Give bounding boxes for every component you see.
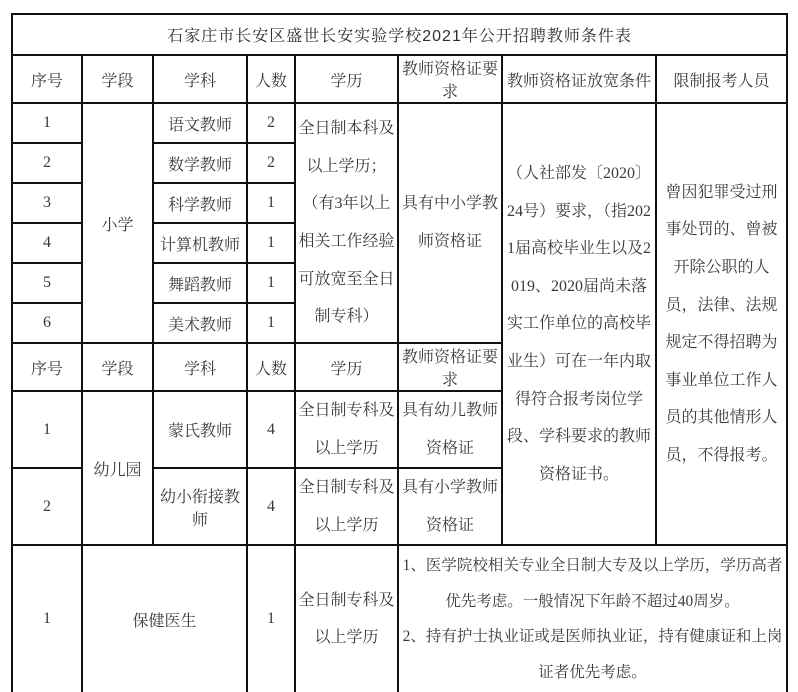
cert-requirement-cell-primary: 具有中小学教师资格证: [398, 103, 502, 343]
doctor-requirements-cell: 1、医学院校相关专业全日制大专及以上学历，学历高者优先考虑。一般情况下年龄不超过…: [398, 545, 787, 692]
count-cell: 1: [247, 223, 295, 263]
stage-cell-kindergarten: 幼儿园: [82, 391, 153, 545]
header-count: 人数: [247, 55, 295, 103]
header-education: 学历: [295, 55, 398, 103]
header-restriction: 限制报考人员: [656, 55, 787, 103]
header-cert-requirement: 教师资格证要求: [398, 343, 502, 391]
subject-cell: 舞蹈教师: [153, 263, 247, 303]
subject-cell: 幼小衔接教师: [153, 468, 247, 545]
cert-requirement-cell: 具有小学教师资格证: [398, 468, 502, 545]
seq-cell: 1: [12, 103, 82, 143]
seq-cell: 6: [12, 303, 82, 343]
header-row-1: 序号 学段 学科 人数 学历 教师资格证要求 教师资格证放宽条件 限制报考人员: [12, 55, 787, 103]
doctor-requirement-1: 1、医学院校相关专业全日制大专及以上学历，学历高者优先考虑。一般情况下年龄不超过…: [401, 548, 784, 619]
table-row: 1 保健医生 1 全日制专科及以上学历 1、医学院校相关专业全日制大专及以上学历…: [12, 545, 787, 692]
header-cert-relaxation: 教师资格证放宽条件: [502, 55, 656, 103]
seq-cell: 2: [12, 143, 82, 183]
count-cell: 4: [247, 391, 295, 468]
cert-relaxation-cell: （人社部发〔2020〕24号）要求，（指2021届高校毕业生以及2019、202…: [502, 103, 656, 545]
header-education: 学历: [295, 343, 398, 391]
education-cell: 全日制专科及以上学历: [295, 468, 398, 545]
header-cert-requirement: 教师资格证要求: [398, 55, 502, 103]
seq-cell: 1: [12, 545, 82, 692]
count-cell: 1: [247, 183, 295, 223]
seq-cell: 3: [12, 183, 82, 223]
seq-cell: 5: [12, 263, 82, 303]
count-cell: 1: [247, 545, 295, 692]
subject-cell: 蒙氏教师: [153, 391, 247, 468]
cert-requirement-cell: 具有幼儿教师资格证: [398, 391, 502, 468]
title-row: 石家庄市长安区盛世长安实验学校2021年公开招聘教师条件表: [12, 14, 787, 55]
count-cell: 1: [247, 263, 295, 303]
stage-cell-primary: 小学: [82, 103, 153, 343]
count-cell: 2: [247, 103, 295, 143]
page-title: 石家庄市长安区盛世长安实验学校2021年公开招聘教师条件表: [12, 14, 787, 55]
seq-cell: 1: [12, 391, 82, 468]
subject-cell: 美术教师: [153, 303, 247, 343]
education-cell: 全日制专科及以上学历: [295, 391, 398, 468]
education-cell-doctor: 全日制专科及以上学历: [295, 545, 398, 692]
count-cell: 1: [247, 303, 295, 343]
header-stage: 学段: [82, 55, 153, 103]
header-subject: 学科: [153, 343, 247, 391]
subject-cell: 数学教师: [153, 143, 247, 183]
header-count: 人数: [247, 343, 295, 391]
header-seq: 序号: [12, 343, 82, 391]
subject-cell: 语文教师: [153, 103, 247, 143]
table-row: 1 小学 语文教师 2 全日制本科及以上学历；（有3年以上相关工作经验可放宽至全…: [12, 103, 787, 143]
header-seq: 序号: [12, 55, 82, 103]
subject-cell: 计算机教师: [153, 223, 247, 263]
count-cell: 2: [247, 143, 295, 183]
position-cell-doctor: 保健医生: [82, 545, 247, 692]
header-stage: 学段: [82, 343, 153, 391]
doctor-requirement-2: 2、持有护士执业证或是医师执业证，持有健康证和上岗证者优先考虑。: [401, 619, 784, 690]
recruitment-conditions-table: 石家庄市长安区盛世长安实验学校2021年公开招聘教师条件表 序号 学段 学科 人…: [11, 13, 788, 692]
restriction-cell: 曾因犯罪受过刑事处罚的、曾被开除公职的人员，法律、法规规定不得招聘为事业单位工作…: [656, 103, 787, 545]
education-cell-primary: 全日制本科及以上学历；（有3年以上相关工作经验可放宽至全日制专科）: [295, 103, 398, 343]
subject-cell: 科学教师: [153, 183, 247, 223]
header-subject: 学科: [153, 55, 247, 103]
seq-cell: 2: [12, 468, 82, 545]
seq-cell: 4: [12, 223, 82, 263]
recruitment-table-page: 石家庄市长安区盛世长安实验学校2021年公开招聘教师条件表 序号 学段 学科 人…: [0, 0, 798, 692]
count-cell: 4: [247, 468, 295, 545]
